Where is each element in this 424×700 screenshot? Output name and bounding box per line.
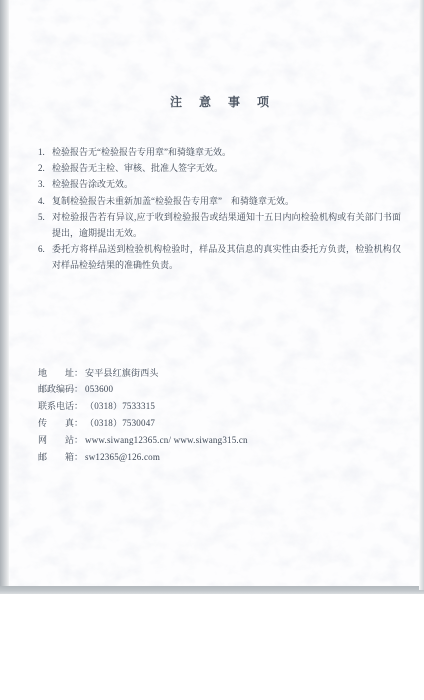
contact-address: 地 址： 安平县红旗街西头 xyxy=(38,365,401,382)
note-number: 4. xyxy=(38,193,52,209)
contact-value: 安平县红旗街西头 xyxy=(85,365,401,382)
note-number: 6. xyxy=(38,241,52,257)
contact-email: 邮 箱： sw12365@126.com xyxy=(38,449,401,466)
scanned-document: 注 意 事 项 1. 检验报告无“检验报告专用章”和骑缝章无效。 2. 检验报告… xyxy=(0,0,424,700)
contact-value: （0318）7530047 xyxy=(85,415,401,432)
page-content: 注 意 事 项 1. 检验报告无“检验报告专用章”和骑缝章无效。 2. 检验报告… xyxy=(9,0,419,465)
note-text: 复制检验报告未重新加盖“检验报告专用章” 和骑缝章无效。 xyxy=(52,193,401,209)
note-number: 2. xyxy=(38,160,52,176)
contact-fax: 传 真： （0318）7530047 xyxy=(38,415,401,432)
notes-list: 1. 检验报告无“检验报告专用章”和骑缝章无效。 2. 检验报告无主检、审核、批… xyxy=(38,144,401,274)
contact-phone: 联系电话： （0318）7533315 xyxy=(38,398,401,415)
contact-value: （0318）7533315 xyxy=(85,398,401,415)
page-title: 注 意 事 项 xyxy=(38,93,401,110)
contact-website: 网 站： www.siwang12365.cn/ www.siwang315.c… xyxy=(38,432,401,449)
note-number: 5. xyxy=(38,209,52,225)
note-text: 委托方将样品送到检验机构检验时，样品及其信息的真实性由委托方负责，检验机构仅对样… xyxy=(52,241,401,273)
contact-label: 邮 箱： xyxy=(38,449,85,466)
note-item: 2. 检验报告无主检、审核、批准人签字无效。 xyxy=(38,160,401,176)
document-page: 注 意 事 项 1. 检验报告无“检验报告专用章”和骑缝章无效。 2. 检验报告… xyxy=(9,0,419,586)
scan-edge-bottom xyxy=(0,586,424,594)
note-item: 4. 复制检验报告未重新加盖“检验报告专用章” 和骑缝章无效。 xyxy=(38,193,401,209)
scan-edge-right xyxy=(419,0,424,590)
note-text: 检验报告涂改无效。 xyxy=(52,176,401,192)
contact-value: sw12365@126.com xyxy=(85,449,401,466)
contact-postal-code: 邮政编码： 053600 xyxy=(38,381,401,398)
note-text: 检验报告无“检验报告专用章”和骑缝章无效。 xyxy=(52,144,401,160)
contact-label: 邮政编码： xyxy=(38,381,85,398)
contact-value: www.siwang12365.cn/ www.siwang315.cn xyxy=(85,432,401,449)
note-item: 5. 对检验报告若有异议,应于收到检验报告或结果通知十五日内向检验机构或有关部门… xyxy=(38,209,401,241)
note-item: 1. 检验报告无“检验报告专用章”和骑缝章无效。 xyxy=(38,144,401,160)
contact-label: 联系电话： xyxy=(38,398,85,415)
contact-label: 网 站： xyxy=(38,432,85,449)
contact-info: 地 址： 安平县红旗街西头 邮政编码： 053600 联系电话： （0318）7… xyxy=(38,365,401,466)
note-number: 1. xyxy=(38,144,52,160)
note-item: 3. 检验报告涂改无效。 xyxy=(38,176,401,192)
scan-edge-left xyxy=(0,0,9,594)
contact-label: 传 真： xyxy=(38,415,85,432)
contact-value: 053600 xyxy=(85,381,401,398)
note-text: 检验报告无主检、审核、批准人签字无效。 xyxy=(52,160,401,176)
contact-label: 地 址： xyxy=(38,365,85,382)
note-text: 对检验报告若有异议,应于收到检验报告或结果通知十五日内向检验机构或有关部门书面提… xyxy=(52,209,401,241)
note-number: 3. xyxy=(38,176,52,192)
note-item: 6. 委托方将样品送到检验机构检验时，样品及其信息的真实性由委托方负责，检验机构… xyxy=(38,241,401,273)
